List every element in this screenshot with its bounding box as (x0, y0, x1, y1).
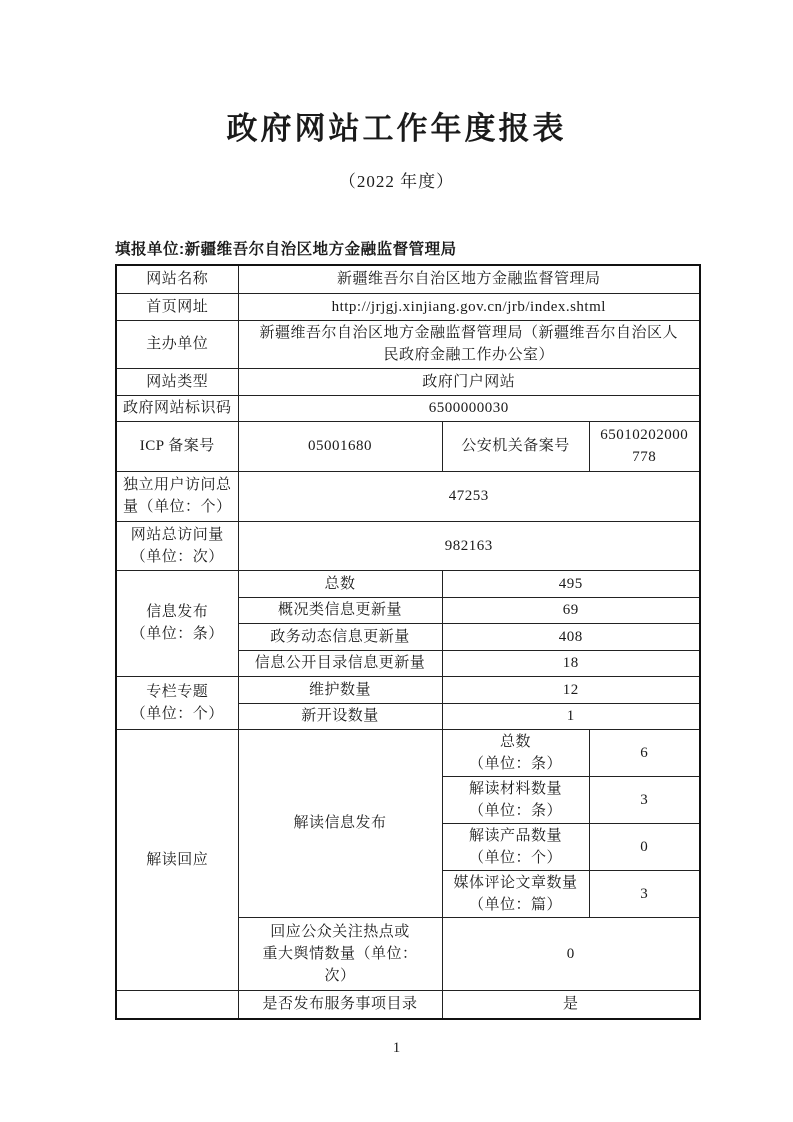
cell-site-code-label: 政府网站标识码 (116, 395, 238, 421)
cell-columns-new-label: 新开设数量 (238, 703, 442, 729)
cell-respond-label: 回应公众关注热点或 重大舆情数量（单位： 次） (238, 917, 442, 990)
page-number: 1 (0, 1040, 793, 1057)
row-total-visits: 网站总访问量 （单位：次） 982163 (116, 521, 700, 570)
row-info-publish-total: 信息发布 （单位：条） 总数 495 (116, 570, 700, 597)
cell-interpret-total-label: 总数 （单位：条） (442, 729, 589, 776)
cell-respond-value: 0 (442, 917, 700, 990)
row-icp: ICP 备案号 05001680 公安机关备案号 65010202000 778 (116, 421, 700, 471)
row-service-catalog: 是否发布服务事项目录 是 (116, 990, 700, 1019)
row-site-code: 政府网站标识码 6500000030 (116, 395, 700, 421)
cell-info-catalog-value: 18 (442, 650, 700, 676)
cell-interpret-publish-header: 解读信息发布 (238, 729, 442, 917)
cell-info-publish-header: 信息发布 （单位：条） (116, 570, 238, 676)
row-site-name: 网站名称 新疆维吾尔自治区地方金融监督管理局 (116, 265, 700, 293)
cell-sponsor-label: 主办单位 (116, 320, 238, 368)
cell-police-value: 65010202000 778 (589, 421, 700, 471)
row-columns-maintain: 专栏专题 （单位：个） 维护数量 12 (116, 676, 700, 703)
page-subtitle: （2022 年度） (0, 167, 793, 192)
cell-interpret-media-value: 3 (589, 870, 700, 917)
row-home-url: 首页网址 http://jrjgj.xinjiang.gov.cn/jrb/in… (116, 293, 700, 320)
cell-total-visits-value: 982163 (238, 521, 700, 570)
cell-info-catalog-label: 信息公开目录信息更新量 (238, 650, 442, 676)
cell-unique-visitors-label: 独立用户访问总 量（单位：个） (116, 471, 238, 521)
cell-service-catalog-value: 是 (442, 990, 700, 1019)
cell-info-dynamic-label: 政务动态信息更新量 (238, 623, 442, 650)
row-unique-visitors: 独立用户访问总 量（单位：个） 47253 (116, 471, 700, 521)
cell-icp-label: ICP 备案号 (116, 421, 238, 471)
cell-site-name-value: 新疆维吾尔自治区地方金融监督管理局 (238, 265, 700, 293)
cell-columns-maintain-label: 维护数量 (238, 676, 442, 703)
cell-site-type-label: 网站类型 (116, 368, 238, 395)
cell-site-code-value: 6500000030 (238, 395, 700, 421)
reporting-unit: 填报单位:新疆维吾尔自治区地方金融监督管理局 (115, 237, 457, 259)
page-title: 政府网站工作年度报表 (0, 103, 793, 148)
cell-police-label: 公安机关备案号 (442, 421, 589, 471)
row-sponsor: 主办单位 新疆维吾尔自治区地方金融监督管理局（新疆维吾尔自治区人 民政府金融工作… (116, 320, 700, 368)
cell-special-columns-header: 专栏专题 （单位：个） (116, 676, 238, 729)
cell-info-total-label: 总数 (238, 570, 442, 597)
cell-icp-value: 05001680 (238, 421, 442, 471)
cell-home-url-label: 首页网址 (116, 293, 238, 320)
cell-columns-maintain-value: 12 (442, 676, 700, 703)
cell-unique-visitors-value: 47253 (238, 471, 700, 521)
row-interpret-total: 解读回应 解读信息发布 总数 （单位：条） 6 (116, 729, 700, 776)
cell-info-overview-label: 概况类信息更新量 (238, 597, 442, 623)
cell-interpret-material-value: 3 (589, 776, 700, 823)
cell-site-type-value: 政府门户网站 (238, 368, 700, 395)
cell-sponsor-value: 新疆维吾尔自治区地方金融监督管理局（新疆维吾尔自治区人 民政府金融工作办公室） (238, 320, 700, 368)
cell-info-dynamic-value: 408 (442, 623, 700, 650)
cell-interpret-header: 解读回应 (116, 729, 238, 990)
cell-interpret-total-value: 6 (589, 729, 700, 776)
report-page: 政府网站工作年度报表 （2022 年度） 填报单位:新疆维吾尔自治区地方金融监督… (0, 0, 793, 1122)
cell-interpret-material-label: 解读材料数量 （单位：条） (442, 776, 589, 823)
cell-service-catalog-label: 是否发布服务事项目录 (238, 990, 442, 1019)
cell-home-url-value: http://jrjgj.xinjiang.gov.cn/jrb/index.s… (238, 293, 700, 320)
cell-info-total-value: 495 (442, 570, 700, 597)
cell-interpret-media-label: 媒体评论文章数量 （单位：篇） (442, 870, 589, 917)
row-site-type: 网站类型 政府门户网站 (116, 368, 700, 395)
cell-total-visits-label: 网站总访问量 （单位：次） (116, 521, 238, 570)
cell-site-name-label: 网站名称 (116, 265, 238, 293)
cell-service-catalog-empty (116, 990, 238, 1019)
cell-info-overview-value: 69 (442, 597, 700, 623)
annual-report-table: 网站名称 新疆维吾尔自治区地方金融监督管理局 首页网址 http://jrjgj… (115, 264, 701, 1020)
cell-interpret-product-value: 0 (589, 823, 700, 870)
cell-interpret-product-label: 解读产品数量 （单位：个） (442, 823, 589, 870)
cell-columns-new-value: 1 (442, 703, 700, 729)
